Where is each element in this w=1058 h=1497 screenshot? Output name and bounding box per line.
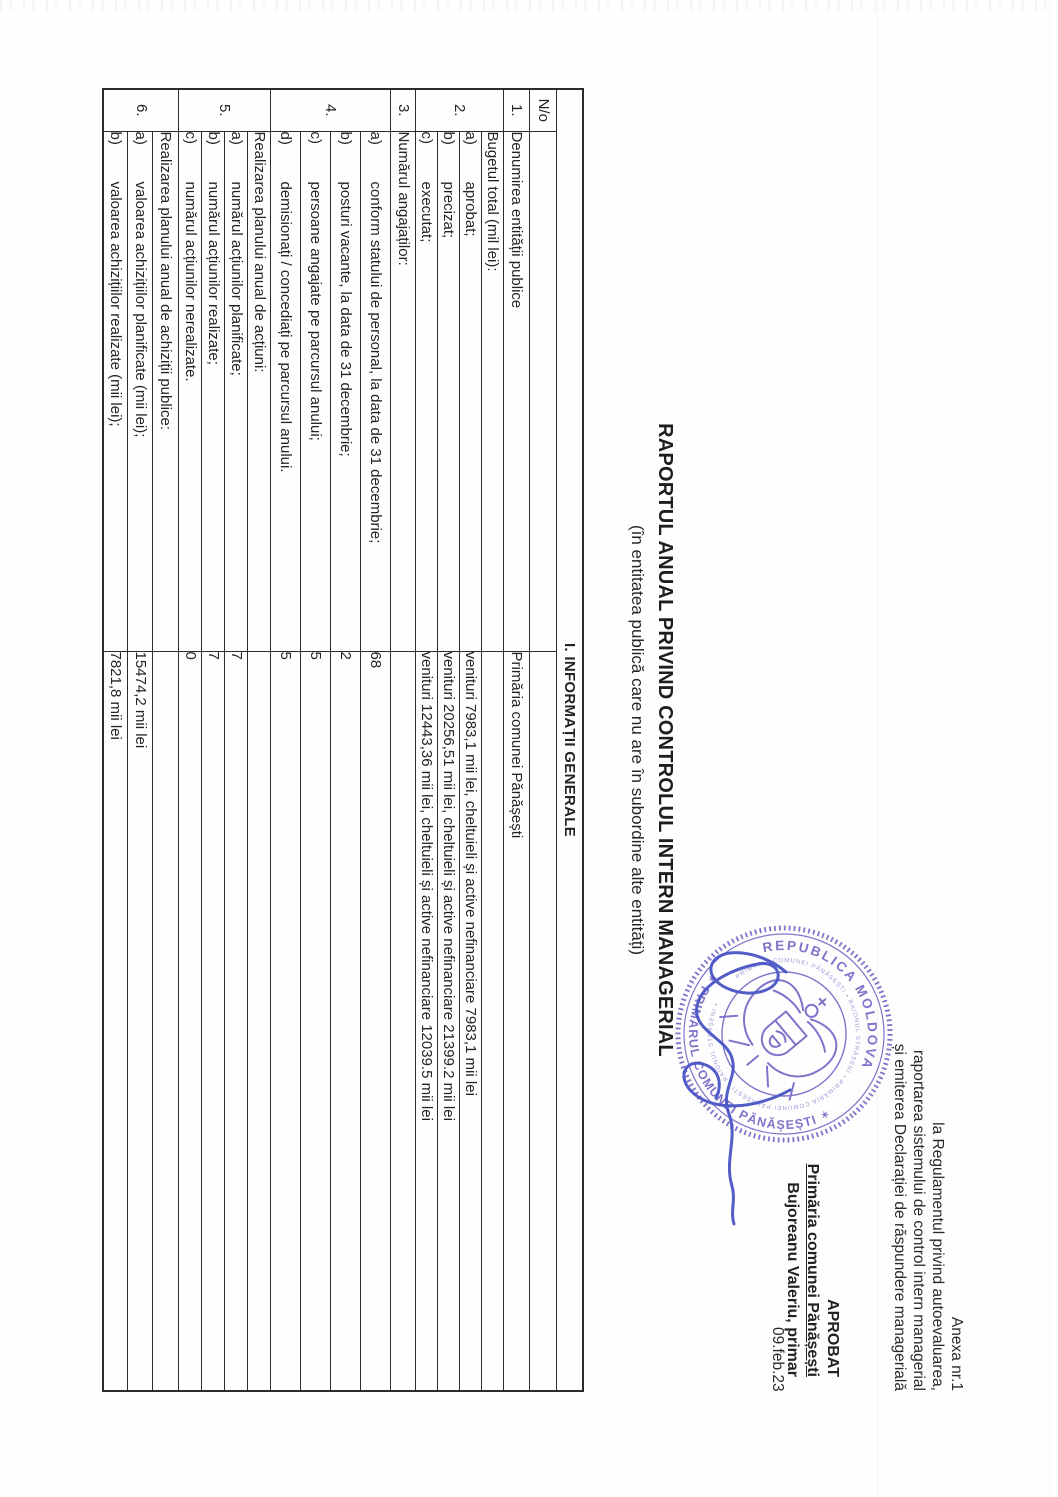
row-label-cell: b)posturi vacante, la data de 31 decembr… — [331, 131, 361, 651]
item-label-text: aprobat; — [463, 182, 480, 237]
row-value-cell: venituri 12443,36 mii lei, cheltuieli și… — [416, 651, 438, 1391]
approving-entity: Primăria comunei Pănășești — [802, 1164, 822, 1377]
table-row: b)numărul acțiunilor realizate;7 — [202, 89, 225, 1391]
row-value-cell — [482, 651, 504, 1391]
row-label-cell: Numărul angajaților: — [391, 131, 416, 651]
row-value-cell: 7 — [202, 651, 225, 1391]
table-row: d)demisionați / concediați pe parcursul … — [271, 89, 301, 1391]
row-label-cell: a)aprobat; — [460, 131, 482, 651]
row-label-cell: b)valoarea achizițiilor realizate (mii l… — [103, 131, 128, 651]
table-row: 2.Bugetul total (mil lei): — [482, 89, 504, 1391]
row-value-cell: 15474,2 mii lei — [128, 651, 153, 1391]
report-title: RAPORTUL ANUAL PRIVIND CONTROLUL INTERN … — [653, 60, 676, 1420]
row-value-cell: venituri 7983,1 mii lei, cheltuieli și a… — [460, 651, 482, 1391]
row-number-cell: 5. — [179, 89, 271, 131]
row-number-cell: 2. — [416, 89, 504, 131]
row-label-cell: Bugetul total (mil lei): — [482, 131, 504, 651]
table-row: I. INFORMAȚII GENERALE — [557, 89, 583, 1391]
row-label-cell: Denumirea entității publice — [504, 131, 530, 651]
scanned-page: Anexa nr.1 la Regulamentul privind autoe… — [0, 0, 1058, 1497]
table-row: 1.Denumirea entității publicePrimăria co… — [504, 89, 530, 1391]
approval-date: 09.feb.23 — [768, 1327, 786, 1392]
table-row: 5.Realizarea planului anual de acțiuni: — [248, 89, 271, 1391]
table-row: a)numărul acțiunilor planificate;7 — [225, 89, 248, 1391]
row-value-cell: 5 — [301, 651, 331, 1391]
item-label-text: demisionați / concediați pe parcursul an… — [278, 182, 295, 473]
item-letter: a) — [228, 132, 245, 182]
document: Anexa nr.1 la Regulamentul privind autoe… — [0, 0, 1058, 1497]
row-value-cell: Primăria comunei Pănășești — [504, 651, 530, 1391]
item-letter: b) — [338, 132, 355, 182]
row-value-cell: 5 — [271, 651, 301, 1391]
row-label-cell: c)executat; — [416, 131, 438, 651]
report-subtitle: (în entitatea publică care nu are în sub… — [627, 60, 647, 1420]
table-body: I. INFORMAȚII GENERALEN/o1.Denumirea ent… — [103, 89, 583, 1391]
row-value-cell — [248, 651, 271, 1391]
row-value-cell: 0 — [179, 651, 202, 1391]
row-number-cell: 3. — [391, 89, 416, 131]
item-letter: c) — [182, 132, 199, 182]
approved-label: APROBAT — [822, 1164, 842, 1377]
row-value-cell: 2 — [331, 651, 361, 1391]
item-label-text: precizat; — [441, 182, 458, 239]
item-label-text: numărul acțiunilor planificate; — [228, 182, 245, 376]
item-letter: d) — [278, 132, 295, 182]
row-number-cell: 6. — [103, 89, 179, 131]
item-letter: b) — [441, 132, 458, 182]
row-label-cell: d)demisionați / concediați pe parcursul … — [271, 131, 301, 651]
item-label-text: valoarea achizițiilor realizate (mii lei… — [107, 182, 124, 427]
table-row: b)posturi vacante, la data de 31 decembr… — [331, 89, 361, 1391]
table-row: 4.a)conform statului de personal, la dat… — [361, 89, 391, 1391]
annex-line: raportarea sistemului de control intern … — [909, 1044, 928, 1391]
signature-graphic — [670, 938, 800, 1318]
table-row: b)valoarea achizițiilor realizate (mii l… — [103, 89, 128, 1391]
signature — [670, 938, 800, 1318]
row-number-cell: 4. — [271, 89, 391, 131]
scan-line-artifact — [1049, 0, 1050, 1497]
row-value-cell — [391, 651, 416, 1391]
value-header — [530, 651, 557, 1391]
label-header — [530, 131, 557, 651]
row-label-cell: a)conform statului de personal, la data … — [361, 131, 391, 651]
item-label-text: valoarea achizițiilor planificate (mii l… — [132, 182, 149, 438]
item-label-text: numărul acțiunilor realizate; — [205, 182, 222, 365]
row-value-cell: 68 — [361, 651, 391, 1391]
item-letter: a) — [132, 132, 149, 182]
item-letter: b) — [205, 132, 222, 182]
item-label-text: persoane angajate pe parcursul anului; — [308, 182, 325, 441]
row-label-cell: a)numărul acțiunilor planificate; — [225, 131, 248, 651]
row-label-cell: Realizarea planului anual de achiziții p… — [153, 131, 179, 651]
table-row: 6.Realizarea planului anual de achiziții… — [153, 89, 179, 1391]
row-label-cell: a)valoarea achizițiilor planificate (mii… — [128, 131, 153, 651]
annex-line: la Regulamentul privind autoevaluarea, — [928, 1044, 947, 1391]
row-label-cell: b)numărul acțiunilor realizate; — [202, 131, 225, 651]
row-value-cell: 7821,8 mii lei — [103, 651, 128, 1391]
scan-noise-artifact — [0, 0, 1058, 11]
annex-line: Anexa nr.1 — [947, 1044, 966, 1391]
table-row: c)persoane angajate pe parcursul anului;… — [301, 89, 331, 1391]
row-label-cell: c)numărul acțiunilor nerealizate. — [179, 131, 202, 651]
table-row: a)valoarea achizițiilor planificate (mii… — [128, 89, 153, 1391]
section-heading-cell: I. INFORMAȚII GENERALE — [557, 89, 583, 1391]
item-label-text: executat; — [419, 182, 436, 243]
scan-line-artifact — [877, 0, 878, 1497]
item-letter: c) — [419, 132, 436, 182]
row-number-header: N/o — [530, 89, 557, 131]
item-letter: c) — [308, 132, 325, 182]
row-label-cell: Realizarea planului anual de acțiuni: — [248, 131, 271, 651]
row-value-cell: venituri 20256,51 mii lei, cheltuieli și… — [438, 651, 460, 1391]
item-letter: a) — [368, 132, 385, 182]
approval-block: APROBAT Primăria comunei Pănășești Bujor… — [782, 1164, 842, 1377]
item-label-text: conform statului de personal, la data de… — [368, 182, 385, 544]
table-row: 3.Numărul angajaților: — [391, 89, 416, 1391]
row-number-cell: 1. — [504, 89, 530, 131]
row-label-cell: c)persoane angajate pe parcursul anului; — [301, 131, 331, 651]
row-value-cell — [153, 651, 179, 1391]
row-label-cell: b)precizat; — [438, 131, 460, 651]
item-label-text: posturi vacante, la data de 31 decembrie… — [338, 182, 355, 457]
item-letter: a) — [463, 132, 480, 182]
table-row: a)aprobat;venituri 7983,1 mii lei, chelt… — [460, 89, 482, 1391]
table-row: b)precizat;venituri 20256,51 mii lei, ch… — [438, 89, 460, 1391]
report-header: RAPORTUL ANUAL PRIVIND CONTROLUL INTERN … — [627, 60, 676, 1420]
general-info-table: I. INFORMAȚII GENERALEN/o1.Denumirea ent… — [102, 88, 584, 1392]
row-value-cell: 7 — [225, 651, 248, 1391]
item-letter: b) — [107, 132, 124, 182]
table-row: c)executat;venituri 12443,36 mii lei, ch… — [416, 89, 438, 1391]
item-label-text: numărul acțiunilor nerealizate. — [182, 182, 199, 382]
table-row: c)numărul acțiunilor nerealizate.0 — [179, 89, 202, 1391]
table-row: N/o — [530, 89, 557, 1391]
annex-note: Anexa nr.1 la Regulamentul privind autoe… — [890, 1044, 966, 1391]
